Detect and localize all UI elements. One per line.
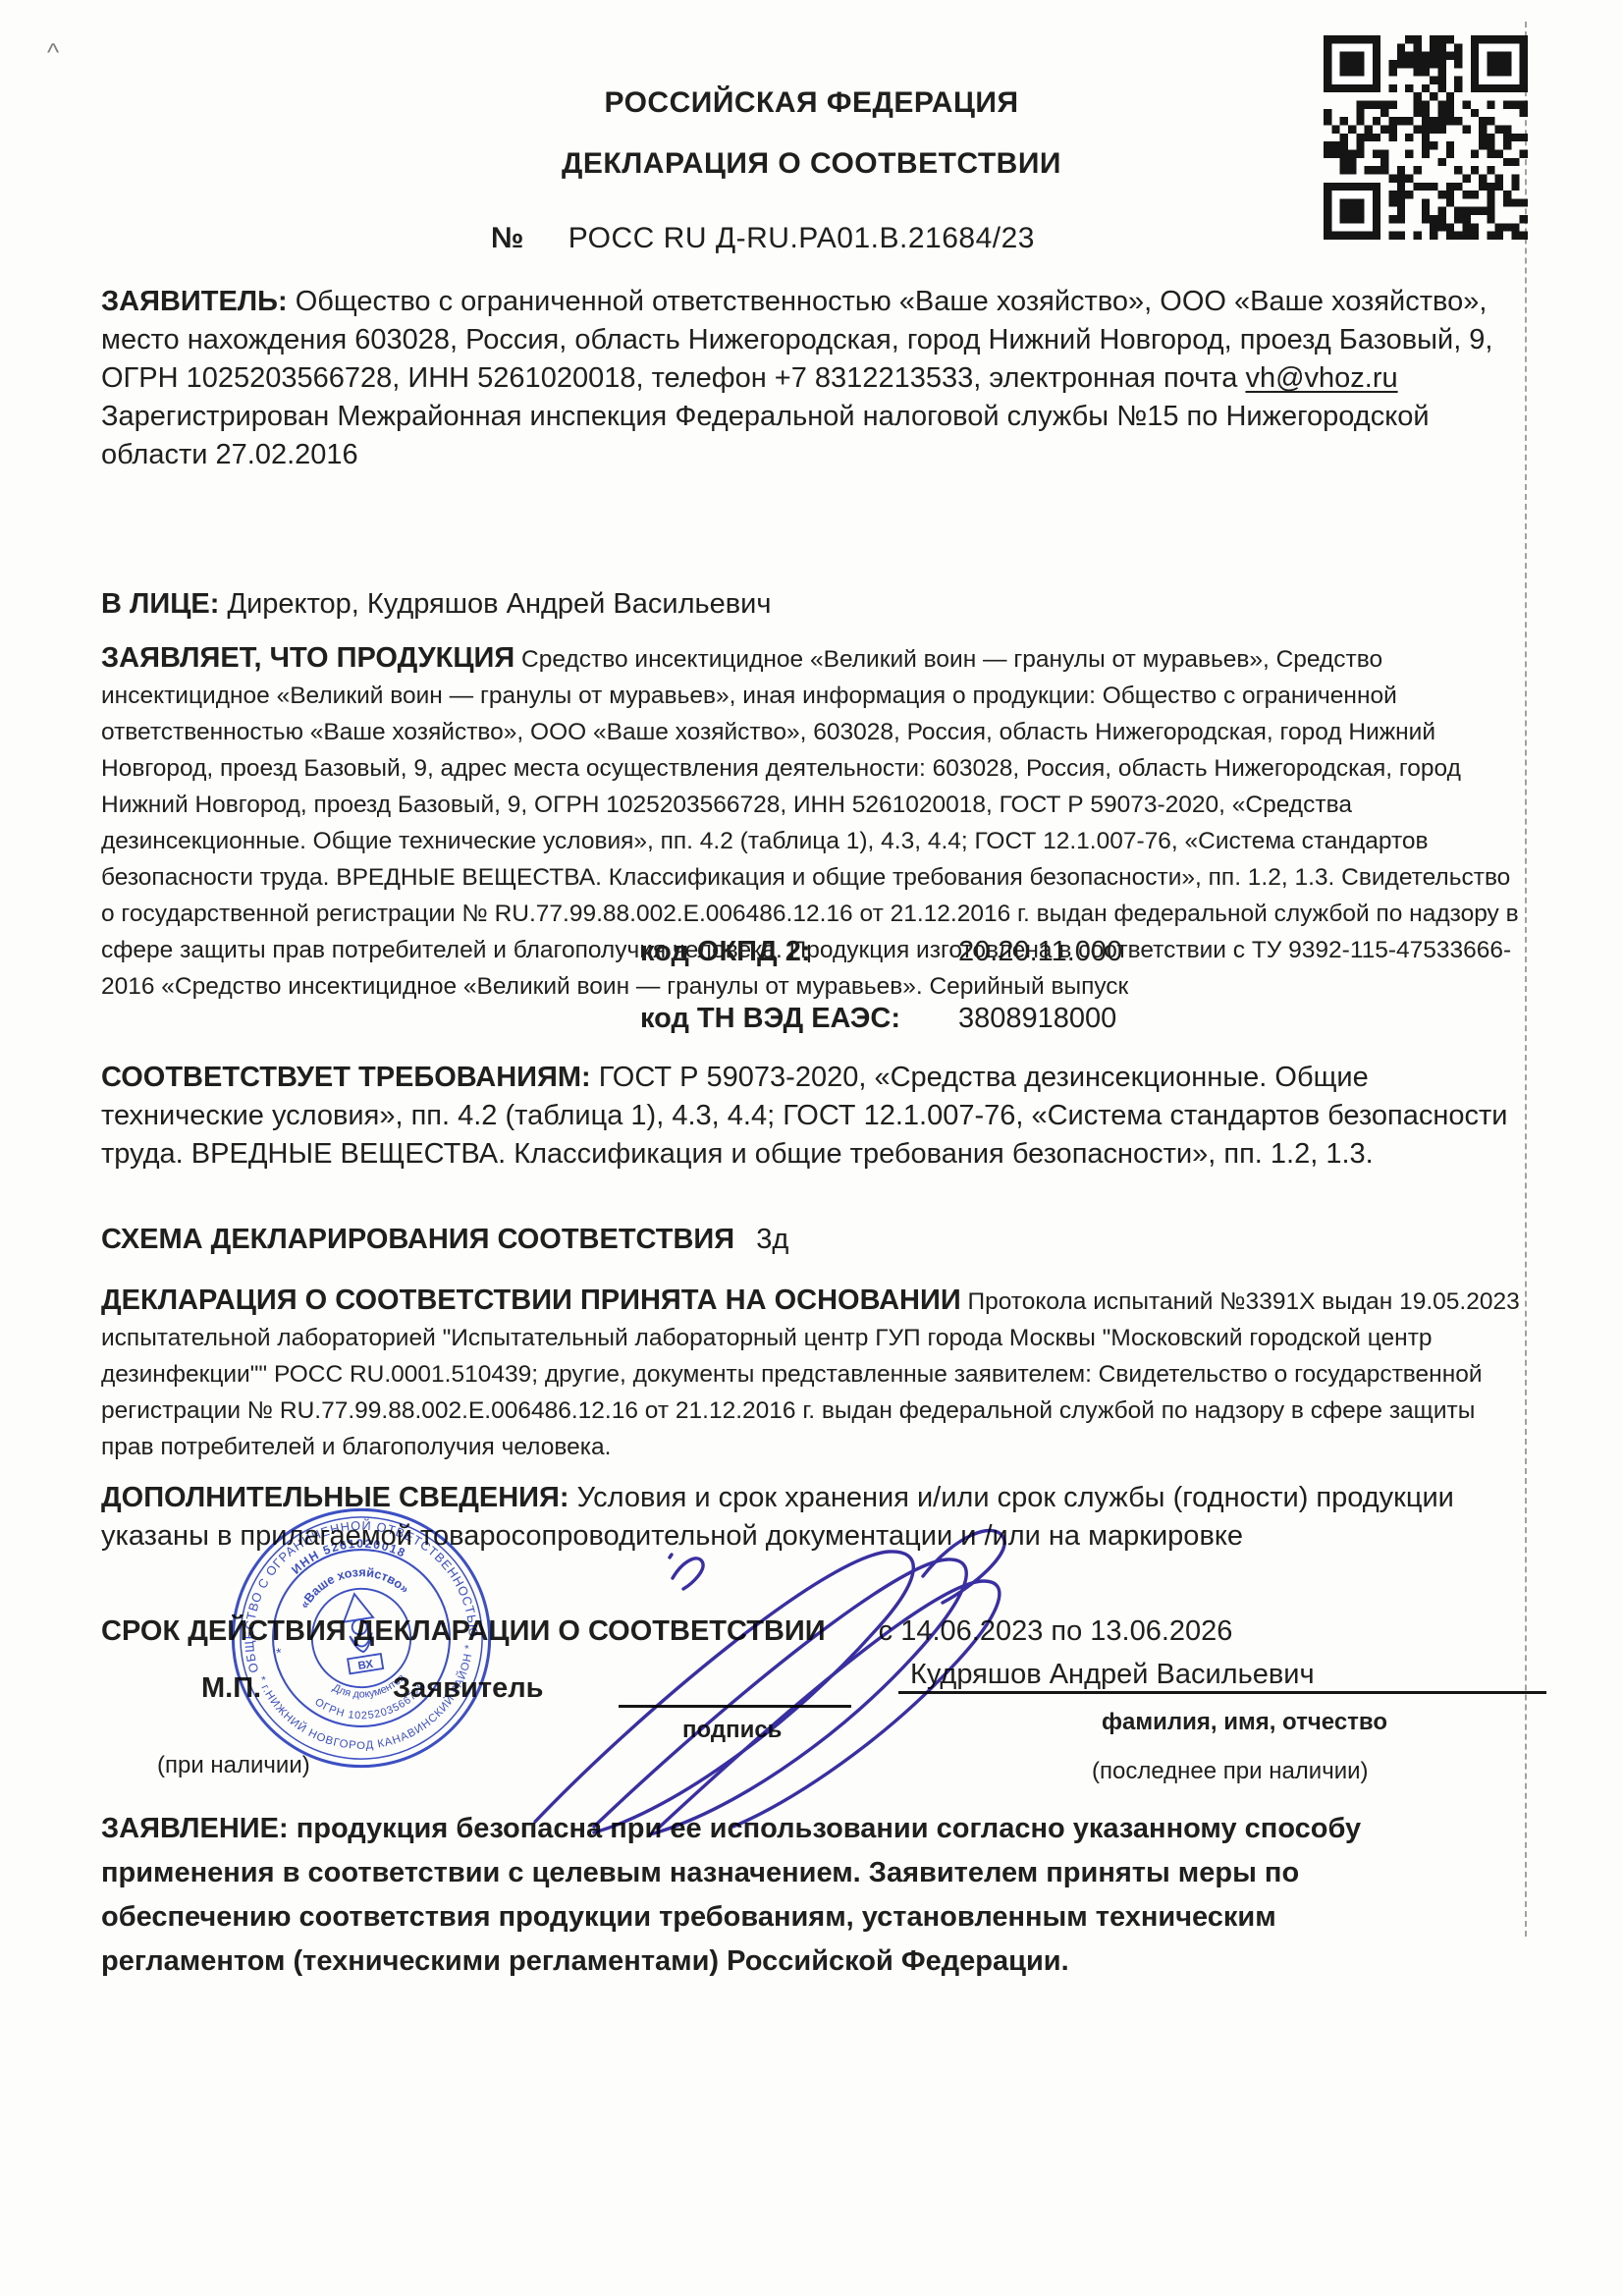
scheme-label: СХЕМА ДЕКЛАРИРОВАНИЯ СООТВЕТСТВИЯ — [101, 1224, 734, 1255]
seal-ring-outer-top: ОБЩЕСТВО С ОГРАНИЧЕННОЙ ОТВЕТСТВЕННОСТЬЮ — [224, 1501, 482, 1674]
in-person-section: В ЛИЦЕ: Директор, Кудряшов Андрей Василь… — [101, 585, 1527, 624]
tnved-label: код ТН ВЭД ЕАЭС: — [640, 1000, 900, 1038]
declares-section: ЗАЯВЛЯЕТ, ЧТО ПРОДУКЦИЯ Средство инсекти… — [101, 640, 1527, 1005]
number-label: № — [491, 222, 524, 254]
applicant-label: ЗАЯВИТЕЛЬ: — [101, 286, 288, 317]
scheme-section: СХЕМА ДЕКЛАРИРОВАНИЯ СООТВЕТСТВИЯ 3д — [101, 1221, 788, 1259]
in-person-text: Директор, Кудряшов Андрей Васильевич — [227, 588, 771, 620]
seal-emblem: ВХ — [338, 1591, 383, 1673]
seal-star-right: * — [440, 1619, 448, 1636]
scheme-value: 3д — [756, 1224, 788, 1255]
applicant-registered: Зарегистрирован Межрайонная инспекция Фе… — [101, 398, 1527, 474]
applicant-email-link[interactable]: vh@vhoz.ru — [1245, 362, 1397, 394]
svg-text:ОБЩЕСТВО С ОГРАНИЧЕННОЙ ОТВЕТС: ОБЩЕСТВО С ОГРАНИЧЕННОЙ ОТВЕТСТВЕННОСТЬЮ — [224, 1501, 482, 1674]
seal-star-left: * — [275, 1646, 283, 1663]
tnved-value: 3808918000 — [958, 1000, 1116, 1038]
basis-label: ДЕКЛАРАЦИЯ О СООТВЕТСТВИИ ПРИНЯТА НА ОСН… — [101, 1285, 961, 1316]
applicant-section: ЗАЯВИТЕЛЬ: Общество с ограниченной ответ… — [101, 283, 1527, 474]
declares-label: ЗАЯВЛЯЕТ, ЧТО ПРОДУКЦИЯ — [101, 642, 514, 674]
declaration-document: ^ РОССИЙСКАЯ ФЕДЕРАЦИЯ ДЕКЛАРАЦИЯ О СООТ… — [0, 0, 1623, 2296]
conforms-section: СООТВЕТСТВУЕТ ТРЕБОВАНИЯМ: ГОСТ Р 59073-… — [101, 1059, 1527, 1174]
name-caption: фамилия, имя, отчество — [1102, 1709, 1387, 1736]
handwritten-signature — [501, 1483, 1051, 1846]
seal-monogram: ВХ — [357, 1659, 374, 1672]
name-note: (последнее при наличии) — [1092, 1758, 1369, 1785]
conforms-label: СООТВЕТСТВУЕТ ТРЕБОВАНИЯМ: — [101, 1062, 591, 1093]
statement-label: ЗАЯВЛЕНИЕ: — [101, 1813, 289, 1844]
page-title: ДЕКЛАРАЦИЯ О СООТВЕТСТВИИ — [0, 147, 1623, 181]
declaration-number: № РОСС RU Д-RU.РА01.В.21684/23 — [491, 222, 1035, 255]
in-person-label: В ЛИЦЕ: — [101, 588, 219, 620]
company-seal: ОБЩЕСТВО С ОГРАНИЧЕННОЙ ОТВЕТСТВЕННОСТЬЮ… — [202, 1479, 521, 1798]
applicant-paragraph: ЗАЯВИТЕЛЬ: Общество с ограниченной ответ… — [101, 283, 1527, 398]
okpd-value: 20.20.11.000 — [958, 933, 1122, 971]
country-header: РОССИЙСКАЯ ФЕДЕРАЦИЯ — [0, 86, 1623, 120]
scan-artifact: ^ — [47, 37, 59, 68]
number-value: РОСС RU Д-RU.РА01.В.21684/23 — [568, 222, 1035, 254]
basis-section: ДЕКЛАРАЦИЯ О СООТВЕТСТВИИ ПРИНЯТА НА ОСН… — [101, 1283, 1527, 1465]
okpd-label: код ОКПД 2: — [640, 933, 811, 971]
qr-code — [1324, 35, 1528, 240]
